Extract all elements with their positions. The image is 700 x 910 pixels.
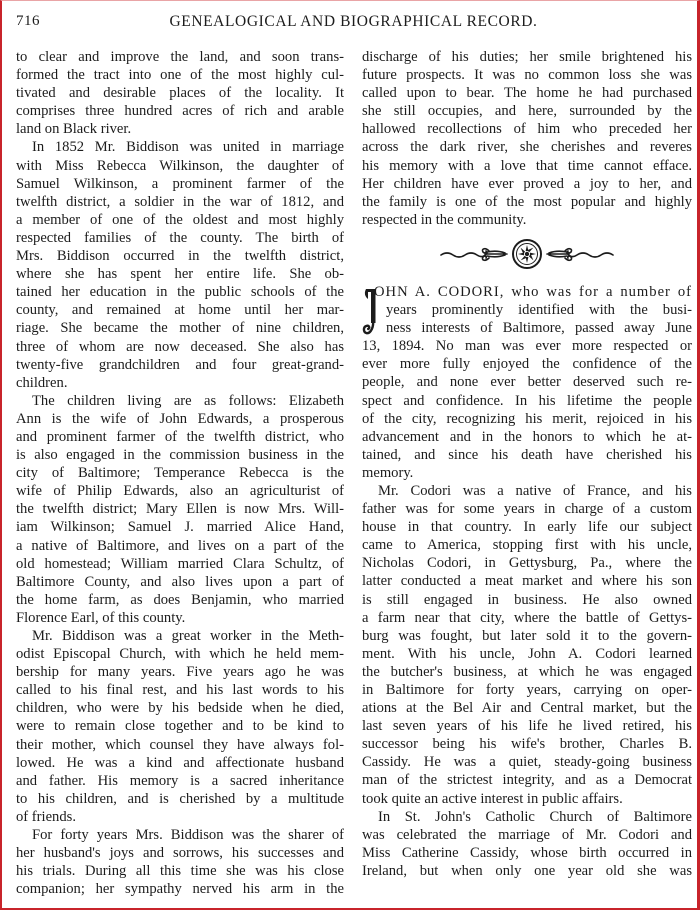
text-line: tivated and desirable places of the loca… (16, 84, 344, 102)
text-line: Nicholas Codori, in Gettysburg, Pa., whe… (362, 554, 692, 572)
text-line: Mr. Biddison was a great worker in the M… (16, 627, 344, 645)
text-line: iam Wilkinson; Samuel J. married Alice H… (16, 518, 344, 536)
text-line: successor being his wife's brother, Char… (362, 735, 692, 753)
text-line: across the dark river, she cherishes and… (362, 138, 692, 156)
text-line: ment. With his uncle, John A. Codori lea… (362, 645, 692, 663)
text-line: his memory with a love that time cannot … (362, 157, 692, 175)
text-line: Mrs. Biddison occurred in the twelfth di… (16, 247, 344, 265)
book-page: 716 GENEALOGICAL AND BIOGRAPHICAL RECORD… (0, 0, 700, 910)
text-line: Miss Catherine Cassidy, whose birth occu… (362, 844, 692, 862)
text-line: came to America, stopping first with his… (362, 536, 692, 554)
rosette-ornament-icon (437, 235, 617, 275)
text-line: ness interests of Baltimore, passed away… (362, 319, 692, 337)
text-line: last seven years of his life he lived re… (362, 717, 692, 735)
text-line: In St. John's Catholic Church of Baltimo… (362, 808, 692, 826)
text-line: twelfth district, a soldier in the war o… (16, 193, 344, 211)
text-line: wife of Philip Edwards, also an agricult… (16, 482, 344, 500)
text-line: is still engaged in business. He also ow… (362, 591, 692, 609)
text-line: children, who were by his bedside when h… (16, 699, 344, 717)
ornament-divider (362, 229, 692, 283)
text-line: spect and confidence. In his lifetime th… (362, 392, 692, 410)
text-line: memory. (362, 464, 692, 482)
text-line: twenty-five grandchildren and four great… (16, 356, 344, 374)
text-line: hallowed recollections of him who preced… (362, 120, 692, 138)
text-line: tained her education in the public schoo… (16, 283, 344, 301)
text-line: his trials. During all this time she was… (16, 862, 344, 880)
text-line: where she has spent her entire life. She… (16, 265, 344, 283)
text-line: bership for many years. Five years ago h… (16, 663, 344, 681)
text-line: to his children, and is cherished by a m… (16, 790, 344, 808)
text-line: people, and none ever better deserved su… (362, 373, 692, 391)
text-line: Mr. Codori was a native of France, and h… (362, 482, 692, 500)
text-line: the butcher's business, at which he was … (362, 663, 692, 681)
text-line: OHN A. CODORI, who was for a number of (362, 283, 692, 301)
text-line: Baltimore County, and also lives upon a … (16, 573, 344, 591)
text-line: father was for some years in charge of a… (362, 500, 692, 518)
text-line: Ireland, but when only one year old she … (362, 862, 692, 880)
text-line: man of the strictest integrity, and as a… (362, 771, 692, 789)
text-line: in Baltimore for forty years, carrying o… (362, 681, 692, 699)
text-line: three of whom are now deceased. She also… (16, 338, 344, 356)
text-line: the family is one of the most popular an… (362, 193, 692, 211)
text-line: took quite an active interest in public … (362, 790, 692, 808)
text-line: was celebrated the marriage of Mr. Codor… (362, 826, 692, 844)
text-line: Cassidy. He was a quiet, steady-going bu… (362, 753, 692, 771)
text-line: of friends. (16, 808, 344, 826)
text-line: the twelfth district; Mary Ellen is now … (16, 500, 344, 518)
text-line: Her children have ever proved a joy to h… (362, 175, 692, 193)
text-line: a farm near that city, where the battle … (362, 609, 692, 627)
text-line: of the city, recognizing his merit, rejo… (362, 410, 692, 428)
text-line: riage. She became the mother of nine chi… (16, 319, 344, 337)
text-line: For forty years Mrs. Biddison was the sh… (16, 826, 344, 844)
text-line: 13, 1894. No man was ever more respected… (362, 337, 692, 355)
text-line: county, and remained at home until her m… (16, 301, 344, 319)
text-line: lowed. He was a kind and affectionate hu… (16, 754, 344, 772)
text-line: to clear and improve the land, and soon … (16, 48, 344, 66)
running-title: GENEALOGICAL AND BIOGRAPHICAL RECORD. (14, 13, 683, 31)
text-line: advancement and in the honors to which h… (362, 428, 692, 446)
text-line: called to his final rest, and his last w… (16, 681, 344, 699)
dropcap-j-icon (362, 286, 382, 338)
text-line: with Miss Rebecca Wilkinson, the daughte… (16, 157, 344, 175)
text-line: her husband's joys and sorrows, his succ… (16, 844, 344, 862)
text-line: old homestead; William married Clara Sch… (16, 555, 344, 573)
text-line: children. (16, 374, 344, 392)
text-line: is also engaged in the commission busine… (16, 446, 344, 464)
running-head: 716 GENEALOGICAL AND BIOGRAPHICAL RECORD… (14, 13, 683, 35)
text-line: Samuel Wilkinson, a prominent farmer of … (16, 175, 344, 193)
text-line: ever more fully enjoyed the confidence o… (362, 355, 692, 373)
text-line: a member of one of the oldest and most h… (16, 211, 344, 229)
text-line: The children living are as follows: Eliz… (16, 392, 344, 410)
text-line: ations at the Bel Air and Central market… (362, 699, 692, 717)
text-line: and prominent farmer of the twelfth dist… (16, 428, 344, 446)
left-column: to clear and improve the land, and soon … (16, 48, 344, 898)
text-line: were to remain close together and to be … (16, 717, 344, 735)
text-line: the home farm, as does Benjamin, who mar… (16, 591, 344, 609)
text-line: their mother, which counsel they have al… (16, 736, 344, 754)
text-line: land on Black river. (16, 120, 344, 138)
codori-biography: OHN A. CODORI, who was for a number of y… (362, 283, 692, 880)
text-line: city of Baltimore; Temperance Rebecca is… (16, 464, 344, 482)
text-line: odist Episcopal Church, with which he he… (16, 645, 344, 663)
text-line: Ann is the wife of John Edwards, a prosp… (16, 410, 344, 428)
text-line: future prospects. It was no common loss … (362, 66, 692, 84)
text-line: formed the tract into one of the most hi… (16, 66, 344, 84)
text-line: a native of Baltimore, and lives on a pa… (16, 537, 344, 555)
text-line: respected families of the county. The bi… (16, 229, 344, 247)
text-line: latter conducted a meat market and where… (362, 572, 692, 590)
text-line: she still occupies, and here, surrounded… (362, 102, 692, 120)
text-line: discharge of his duties; her smile brigh… (362, 48, 692, 66)
text-line: respected in the community. (362, 211, 692, 229)
text-line: burg was fought, but later sold it to th… (362, 627, 692, 645)
text-line: comprises three hundred acres of rich an… (16, 102, 344, 120)
text-line: In 1852 Mr. Biddison was united in marri… (16, 138, 344, 156)
text-line: and father. His memory is a sacred inher… (16, 772, 344, 790)
text-line: companion; her sympathy nerved his arm i… (16, 880, 344, 898)
text-line: house in that country. In early life our… (362, 518, 692, 536)
text-line: tained, and since his death have cherish… (362, 446, 692, 464)
text-line: Florence Earl, of this county. (16, 609, 344, 627)
text-line: years prominently identified with the bu… (362, 301, 692, 319)
right-column: discharge of his duties; her smile brigh… (362, 48, 692, 880)
text-line: called upon to bear. The home he had pur… (362, 84, 692, 102)
